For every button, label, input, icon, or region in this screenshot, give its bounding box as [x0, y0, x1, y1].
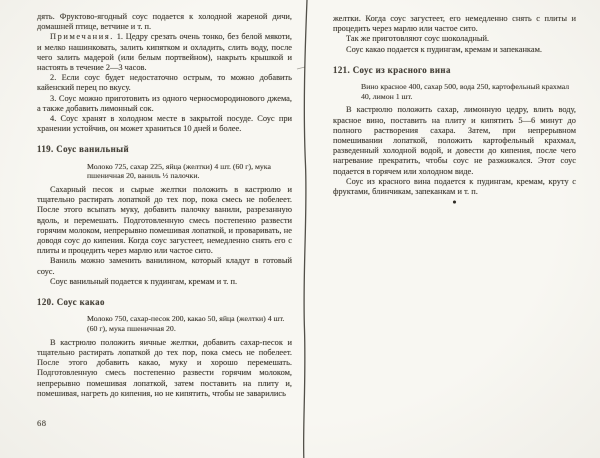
recipe-heading-119: 119. Соус ванильный [37, 144, 292, 154]
recipe-121-ingredients: Вино красное 400, сахар 500, вода 250, к… [361, 82, 576, 101]
recipe-120-paragraph-1: В кастрюлю положить яичные желтки, добав… [37, 338, 292, 399]
recipe-121-paragraph-1: В кастрюлю положить сахар, лимонную цедр… [333, 105, 576, 176]
recipe-121-paragraph-2: Соус из красного вина подается к пудинга… [333, 177, 576, 197]
recipe-119-paragraph-2: Ваниль можно заменить ванилином, который… [37, 256, 292, 276]
notes-paragraph-4: 4. Соус хранят в холодном месте в закрыт… [37, 114, 292, 134]
notes-paragraph-1: Примечания. 1. Цедру срезать очень тонко… [37, 32, 292, 73]
continued-paragraph-right: желтки. Когда соус загустеет, его немедл… [333, 14, 576, 34]
page-number: 68 [37, 418, 47, 428]
continued-paragraph: дять. Фруктово-ягодный соус подается к х… [37, 12, 292, 32]
right-page-column: желтки. Когда соус загустеет, его немедл… [333, 14, 576, 207]
recipe-119-ingredients: Молоко 725, сахар 225, яйца (желтки) 4 ш… [87, 162, 292, 181]
section-divider-dot: ● [333, 197, 576, 207]
recipe-120-ingredients: Молоко 750, сахар-песок 200, какао 50, я… [87, 314, 292, 333]
recipe-119-paragraph-1: Сахарный песок и сырые желтки положить в… [37, 185, 292, 256]
right-paragraph-3: Соус какао подается к пудингам, кремам и… [333, 45, 576, 55]
right-paragraph-2: Так же приготовляют соус шоколадный. [333, 34, 576, 44]
notes-label: Примечания. [50, 32, 114, 41]
notes-paragraph-2: 2. Если соус будет недостаточно острым, … [37, 73, 292, 93]
scanned-book-spread: дять. Фруктово-ягодный соус подается к х… [0, 0, 600, 458]
recipe-119-paragraph-3: Соус ванильный подается к пудингам, крем… [37, 277, 292, 287]
left-page-column: дять. Фруктово-ягодный соус подается к х… [37, 12, 292, 399]
recipe-heading-120: 120. Соус какао [37, 297, 292, 307]
recipe-heading-121: 121. Соус из красного вина [333, 65, 576, 75]
notes-paragraph-3: 3. Соус можно приготовить из одного черн… [37, 94, 292, 114]
